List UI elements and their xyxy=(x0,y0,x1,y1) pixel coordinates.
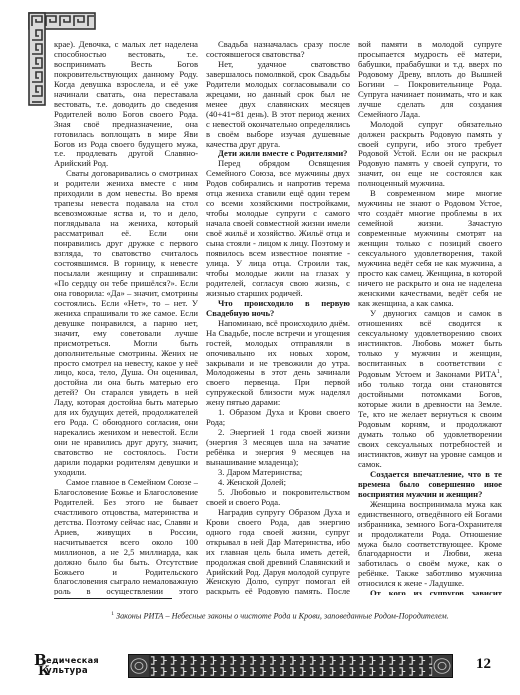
paragraph: Перед обрядом Освящения Семейного Союза,… xyxy=(206,159,350,298)
logo-line-2: ультура xyxy=(46,666,88,676)
page-footer: В едическая К ультура 12 xyxy=(0,652,520,682)
paragraph-with-footnote: У двуногих самцов и самок в отношениях в… xyxy=(358,309,502,470)
paragraph-text: У двуногих самцов и самок в отношениях в… xyxy=(358,308,502,380)
ornamental-band xyxy=(128,654,453,678)
paragraph: Сваты договаривались о смотринах и родит… xyxy=(54,169,198,478)
paragraph: вой памяти в молодой супруге просыпается… xyxy=(358,40,502,120)
paragraph: Наградив супругу Образом Духа и Крови св… xyxy=(206,508,350,595)
list-item: 5. Любовью и покровительством своей и св… xyxy=(206,488,350,508)
footnote-text: Законы РИТА – Небесные законы о чистоте … xyxy=(114,612,449,621)
paragraph-text: , ибо только тогда они становятся достой… xyxy=(358,369,502,469)
list-item: 1. Образом Духа и Крови своего Рода; xyxy=(206,408,350,428)
paragraph: крае). Девочка, с малых лет наделена спо… xyxy=(54,40,198,169)
paragraph: Свадьба назначалась сразу после состоявш… xyxy=(206,40,350,60)
footnote-divider xyxy=(54,598,172,599)
column-left: крае). Девочка, с малых лет наделена спо… xyxy=(54,40,198,595)
question-heading: Создается впечатление, что в те времена … xyxy=(358,470,502,500)
question-heading: Что происходило в первую Свадебную ночь? xyxy=(206,299,350,319)
paragraph: Женщина воспринимала мужа как единственн… xyxy=(358,500,502,590)
column-middle: Свадьба назначалась сразу после состоявш… xyxy=(206,40,350,595)
column-right: вой памяти в молодой супруге просыпается… xyxy=(358,40,502,595)
swastika-pattern-band-icon xyxy=(129,655,452,677)
article-columns: крае). Девочка, с малых лет наделена спо… xyxy=(54,40,502,595)
paragraph: Напоминаю, всё происходило днём. На Свад… xyxy=(206,319,350,409)
paragraph: Молодой супруг обязательно должен раскры… xyxy=(358,120,502,190)
paragraph: В современном мире многие мужчины не зна… xyxy=(358,189,502,308)
publication-logo: В едическая К ультура xyxy=(34,654,94,682)
page-number: 12 xyxy=(476,656,491,673)
logo-line-1: едическая xyxy=(46,655,99,665)
list-item: 2. Энергией 1 года своей жизни (энергия … xyxy=(206,428,350,468)
question-heading: От кого из супругов зависит рождение мал… xyxy=(358,589,502,595)
paragraph: Нет, удачное сватовство завершалось помо… xyxy=(206,60,350,150)
paragraph: Самое главное в Семейном Союзе – Благосл… xyxy=(54,478,198,595)
footnote: 1 Законы РИТА – Небесные законы о чистот… xyxy=(60,611,500,621)
